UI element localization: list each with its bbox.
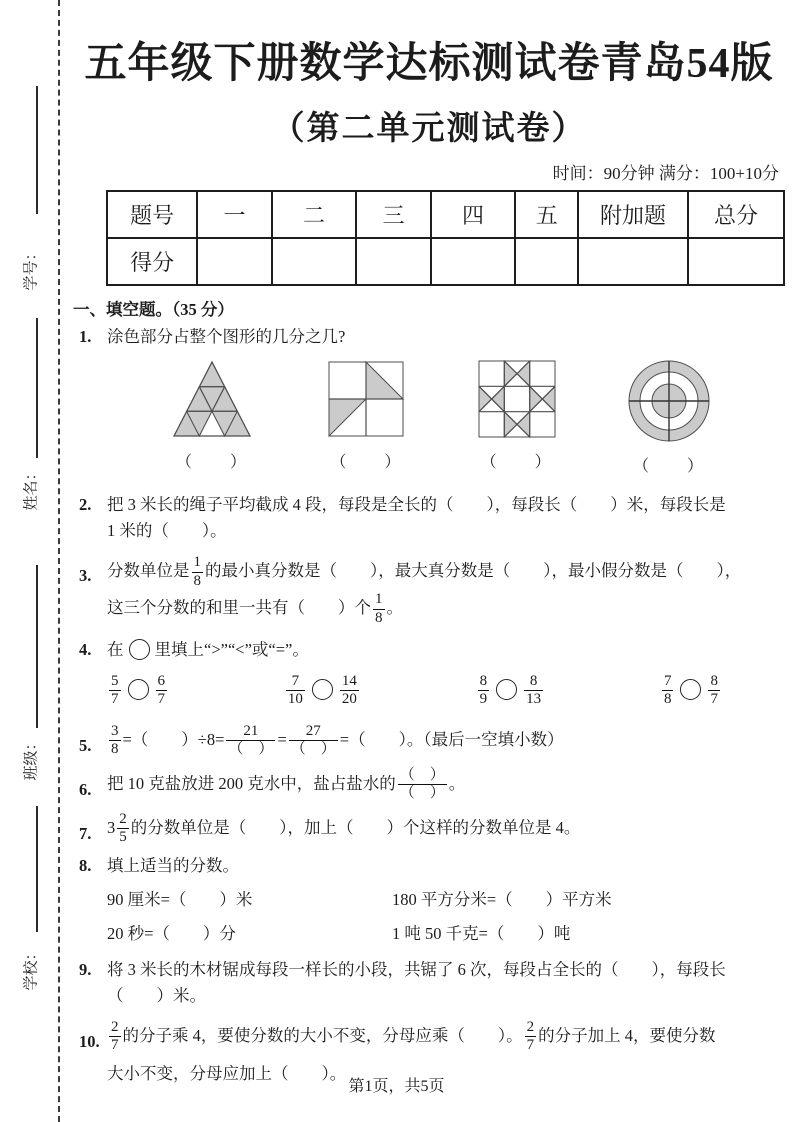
square-with-shaded-triangles-figure — [325, 358, 407, 440]
question-7-text: 3 — [107, 818, 115, 837]
col-question-number: 题号 — [107, 191, 197, 238]
comparison-item: 7101420 — [284, 673, 361, 709]
paper-subtitle: （第二单元测试卷） — [73, 102, 785, 149]
fraction-2-7: 27 — [109, 1019, 121, 1055]
figure-cell: （ ） — [626, 358, 712, 480]
comparison-circle-icon — [496, 679, 517, 700]
main-content: 五年级下册数学达标测试卷青岛54版 （第二单元测试卷） 时间：90分钟 满分：1… — [60, 0, 785, 1092]
question-4-number: 4. — [79, 637, 91, 663]
question-4-text: 在 — [107, 640, 124, 659]
conversion-item: 20 秒=（ ）分 — [107, 921, 392, 947]
question-5-text-end: =（ ）。（最后一空填小数） — [340, 730, 564, 749]
score-cell-empty — [431, 238, 515, 285]
question-1-number: 1. — [79, 324, 91, 350]
comparison-circle-icon — [129, 639, 150, 660]
score-cell-empty — [272, 238, 356, 285]
question-6-text-end: 。 — [449, 774, 466, 793]
question-9-number: 9. — [79, 957, 91, 983]
figure-answer-blank: （ ） — [633, 454, 705, 480]
question-4: 4. 在里填上“>”“<”或“=”。 5767 7101420 89813 78… — [73, 637, 785, 709]
fraction-1-8: 18 — [192, 554, 204, 590]
question-3-text: 的最小真分数是（ ），最大真分数是（ ），最小假分数是（ ）， — [205, 561, 741, 580]
score-cell-empty — [578, 238, 688, 285]
question-3-line2: 这三个分数的和里一共有（ ）个 — [107, 598, 371, 617]
col-one: 一 — [197, 191, 272, 238]
time-score-meta: 时间：90分钟 满分：100+10分 — [73, 159, 785, 184]
test-paper-page: 学号： 姓名： 班级： 学校： 五年级下册数学达标测试卷青岛54版 （第二单元测… — [0, 0, 793, 1122]
score-cell-empty — [688, 238, 784, 285]
comparison-item: 89813 — [476, 673, 546, 709]
question-9-line2: （ ）米。 — [107, 986, 206, 1005]
page-footer: 第1页，共5页 — [0, 1073, 793, 1096]
fraction-2-7: 27 — [525, 1019, 537, 1055]
question-4-text-end: 里填上“>”“<”或“=”。 — [155, 640, 309, 659]
figure-cell: （ ） — [325, 358, 407, 480]
question-8-title: 填上适当的分数。 — [107, 856, 239, 875]
grid-with-star-triangles-figure — [476, 358, 558, 440]
question-2-number: 2. — [79, 492, 91, 518]
col-total: 总分 — [688, 191, 784, 238]
fraction-3-8: 38 — [109, 723, 121, 759]
question-5-number: 5. — [79, 727, 91, 765]
conversion-item: 180 平方分米=（ ）平方米 — [392, 887, 747, 913]
score-table-score-row: 得分 — [107, 238, 784, 285]
section-title: 一、填空题。（35 分） — [73, 296, 785, 320]
figure-answer-blank: （ ） — [330, 450, 402, 476]
concentric-circles-figure — [626, 358, 712, 444]
fraction-1-8: 18 — [373, 591, 385, 627]
score-table: 题号 一 二 三 四 五 附加题 总分 得分 — [106, 190, 785, 286]
score-cell-empty — [197, 238, 272, 285]
col-three: 三 — [356, 191, 431, 238]
question-6-text: 把 10 克盐放进 200 克水中，盐占盐水的 — [107, 774, 396, 793]
score-cell-empty — [356, 238, 431, 285]
question-9-line1: 将 3 米长的木材锯成每段一样长的小段，共锯了 6 次，每段占全长的（ ），每段… — [107, 960, 726, 979]
question-1: 1. 涂色部分占整个图形的几分之几? （ ） — [73, 324, 785, 480]
question-3-number: 3. — [79, 558, 91, 594]
score-label-cell: 得分 — [107, 238, 197, 285]
comparison-row: 5767 7101420 89813 7887 — [107, 673, 722, 709]
name-label: 姓名： — [20, 465, 41, 510]
question-7-text-end: 的分数单位是（ ），加上（ ）个这样的分数单位是 4。 — [131, 818, 581, 837]
question-2: 2. 把 3 米长的绳子平均截成 4 段，每段是全长的（ ），每段长（ ）米，每… — [73, 492, 785, 544]
question-3: 3. 分数单位是18的最小真分数是（ ），最大真分数是（ ），最小假分数是（ ）… — [73, 553, 785, 627]
conversion-item: 90 厘米=（ ）米 — [107, 887, 392, 913]
comparison-item: 7887 — [660, 673, 722, 709]
question-10-text: 的分子乘 4，要使分数的大小不变，分母应乘（ ）。 — [123, 1026, 523, 1045]
col-five: 五 — [515, 191, 578, 238]
question-8: 8. 填上适当的分数。 90 厘米=（ ）米 180 平方分米=（ ）平方米 2… — [73, 853, 785, 947]
figure-cell: （ ） — [167, 358, 257, 480]
question-3-text: 分数单位是 — [107, 561, 190, 580]
question-6-number: 6. — [79, 771, 91, 809]
student-id-label: 学号： — [20, 245, 41, 290]
equals-sign: = — [277, 730, 286, 749]
fraction-blank-blank: （ ）（ ） — [398, 767, 447, 803]
col-two: 二 — [272, 191, 356, 238]
student-id-blank-line — [36, 86, 38, 214]
col-bonus: 附加题 — [578, 191, 688, 238]
name-blank-line — [36, 318, 38, 458]
figure-answer-blank: （ ） — [176, 450, 248, 476]
score-table-header-row: 题号 一 二 三 四 五 附加题 总分 — [107, 191, 784, 238]
question-5: 5. 38=（ ）÷8=21（ ）=27（ ）=（ ）。（最后一空填小数） — [73, 721, 785, 759]
comparison-item: 5767 — [107, 673, 169, 709]
question-10-text2: 的分子加上 4，要使分数 — [538, 1026, 715, 1045]
conversion-item: 1 吨 50 千克=（ ）吨 — [392, 921, 747, 947]
comparison-circle-icon — [128, 679, 149, 700]
comparison-circle-icon — [680, 679, 701, 700]
figure-cell: （ ） — [476, 358, 558, 480]
paper-title: 五年级下册数学达标测试卷青岛54版 — [73, 30, 785, 90]
col-four: 四 — [431, 191, 515, 238]
class-blank-line — [36, 565, 38, 728]
question-1-figures: （ ） （ ） — [167, 358, 712, 480]
school-label: 学校： — [20, 945, 41, 990]
fraction-21-blank: 21（ ） — [226, 723, 275, 759]
question-7-number: 7. — [79, 815, 91, 853]
question-3-line2-end: 。 — [387, 598, 404, 617]
question-2-line1: 把 3 米长的绳子平均截成 4 段，每段是全长的（ ），每段长（ ）米，每段长是 — [107, 495, 726, 514]
question-2-line2: 1 米的（ ）。 — [107, 521, 227, 540]
fraction-2-5: 25 — [117, 811, 129, 847]
figure-answer-blank: （ ） — [481, 450, 553, 476]
question-1-text: 涂色部分占整个图形的几分之几? — [107, 327, 345, 346]
fraction-27-blank: 27（ ） — [289, 723, 338, 759]
triangle-of-triangles-figure — [167, 358, 257, 440]
school-blank-line — [36, 806, 38, 932]
question-8-number: 8. — [79, 853, 91, 879]
class-label: 班级： — [20, 735, 41, 780]
question-6: 6. 把 10 克盐放进 200 克水中，盐占盐水的（ ）（ ）。 — [73, 765, 785, 803]
question-9: 9. 将 3 米长的木材锯成每段一样长的小段，共锯了 6 次，每段占全长的（ ）… — [73, 957, 785, 1009]
question-10-number: 10. — [79, 1023, 100, 1060]
comparison-circle-icon — [312, 679, 333, 700]
question-7: 7. 325的分数单位是（ ），加上（ ）个这样的分数单位是 4。 — [73, 809, 785, 847]
question-5-text: =（ ）÷8= — [123, 730, 225, 749]
conversion-grid: 90 厘米=（ ）米 180 平方分米=（ ）平方米 20 秒=（ ）分 1 吨… — [107, 879, 747, 947]
score-cell-empty — [515, 238, 578, 285]
